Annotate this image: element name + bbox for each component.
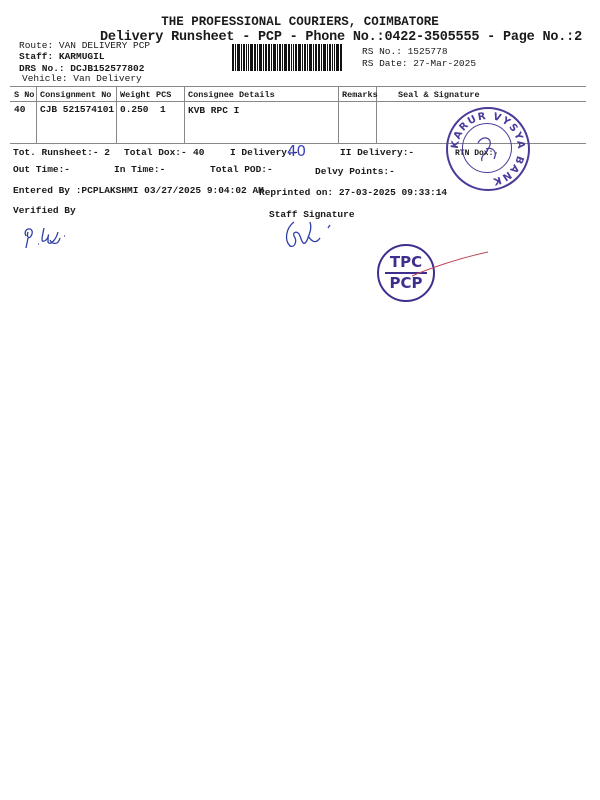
runsheet-subtitle: Delivery Runsheet - PCP - Phone No.:0422…: [100, 30, 582, 45]
bank-seal-text: KARUR VYSYA BANK: [448, 109, 528, 189]
route-field: Route: VAN DELIVERY PCP: [19, 40, 150, 51]
cell-consignment: CJB 521574101: [40, 104, 114, 115]
total-dox-label: Total Dox:-: [124, 147, 187, 158]
rs-date-field: RS Date: 27-Mar-2025: [362, 58, 476, 69]
red-pen-stroke: [410, 250, 490, 280]
col-divider: [36, 86, 37, 143]
cell-consignee: KVB RPC I: [188, 105, 239, 116]
col-divider: [116, 86, 117, 143]
vehicle-field: Vehicle: Van Delivery: [22, 73, 142, 84]
cell-weight: 0.250: [120, 104, 149, 115]
col-header-consignment: Consignment No: [40, 90, 111, 100]
col-header-weight: Weight: [120, 90, 151, 100]
barcode: [232, 44, 356, 71]
delvy-points: Delvy Points:-: [315, 166, 395, 177]
staff-field: Staff: KARMUGIL: [19, 51, 105, 62]
company-title: THE PROFESSIONAL COURIERS, COIMBATORE: [0, 15, 600, 29]
col-header-seal: Seal & Signature: [398, 90, 480, 100]
table-top-rule: [10, 86, 586, 87]
col-divider: [184, 86, 185, 143]
out-time: Out Time:-: [13, 164, 70, 175]
verified-signature: [20, 222, 70, 250]
col-divider: [338, 86, 339, 143]
entered-by: Entered By :PCPLAKSHMI 03/27/2025 9:04:0…: [13, 185, 264, 196]
rs-number-field: RS No.: 1525778: [362, 46, 448, 57]
tot-runsheet: Tot. Runsheet:- 2: [13, 147, 110, 158]
table-header-rule: [10, 101, 586, 102]
cell-pcs: 1: [160, 104, 166, 115]
bank-seal-stamp: KARUR VYSYA BANK: [446, 107, 530, 191]
col-header-consignee: Consignee Details: [188, 90, 275, 100]
staff-signature: [280, 218, 340, 252]
verified-by-label: Verified By: [13, 205, 76, 216]
col-header-pcs: PCS: [156, 90, 171, 100]
col-header-sno: S No: [14, 90, 34, 100]
ii-delivery: II Delivery:-: [340, 147, 414, 158]
total-pod: Total POD:-: [210, 164, 273, 175]
i-delivery-handwritten: 40: [287, 142, 306, 160]
in-time: In Time:-: [114, 164, 165, 175]
col-header-remarks: Remarks: [342, 90, 378, 100]
total-dox-value: 40: [193, 147, 204, 158]
reprinted-on: Reprinted on: 27-03-2025 09:33:14: [259, 187, 447, 198]
cell-sno: 40: [14, 104, 25, 115]
